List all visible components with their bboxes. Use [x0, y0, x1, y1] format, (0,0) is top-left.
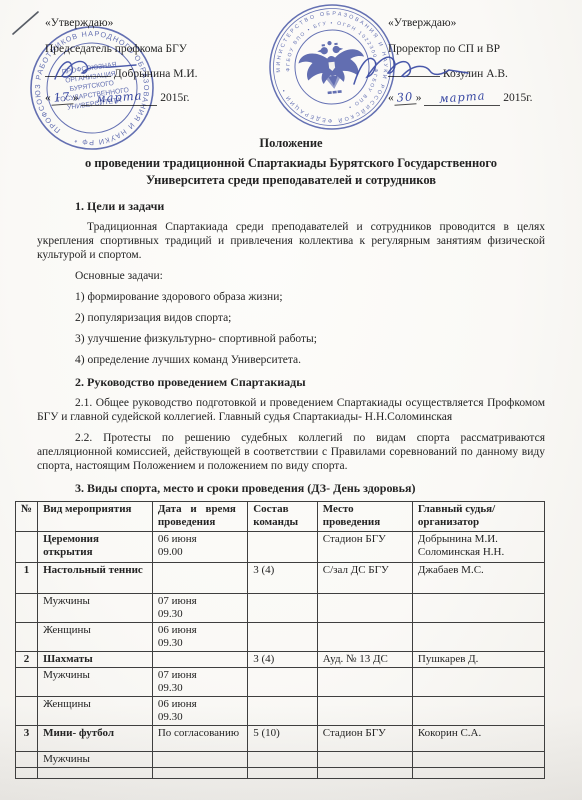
table-row: Церемония открытия06 июня 09.00Стадион Б… — [16, 532, 545, 563]
union-stamp: ПРОФСОЮЗ РАБОТНИКОВ НАРОДНОГО ОБРАЗОВАНИ… — [26, 22, 158, 154]
table-cell — [16, 532, 38, 563]
approval-year: 2015г. — [503, 92, 532, 104]
table-cell — [412, 623, 544, 652]
signature-line: Козулин А.В. — [388, 67, 568, 81]
table-cell — [152, 652, 247, 668]
table-cell — [16, 768, 38, 779]
table-cell: Стадион БГУ — [317, 726, 412, 752]
table-row: Мужчины07 июня 09.30 — [16, 668, 545, 697]
table-cell — [152, 563, 247, 594]
table-cell — [152, 768, 247, 779]
document-body: Положение о проведении традиционной Спар… — [37, 136, 545, 779]
table-cell: 3 — [16, 726, 38, 752]
task-item: 4) определение лучших команд Университет… — [75, 353, 545, 367]
section3-heading: 3. Виды спорта, место и сроки проведения… — [75, 481, 545, 495]
table-cell — [317, 623, 412, 652]
table-cell: 5 (10) — [248, 726, 318, 752]
col-header-number: № — [16, 502, 38, 532]
table-row: Женщины06 июня 09.30 — [16, 623, 545, 652]
table-cell — [16, 594, 38, 623]
table-cell: Женщины — [38, 623, 153, 652]
table-cell: Кокорин С.А. — [412, 726, 544, 752]
table-cell: С/зал ДС БГУ — [317, 563, 412, 594]
table-cell — [317, 752, 412, 768]
table-cell — [248, 668, 318, 697]
table-cell — [412, 768, 544, 779]
handwritten-month: марта — [439, 88, 486, 105]
approver-name: Козулин А.В. — [443, 68, 508, 80]
table-cell — [16, 668, 38, 697]
table-cell: Стадион БГУ — [317, 532, 412, 563]
table-cell: 3 (4) — [248, 652, 318, 668]
table-cell — [412, 668, 544, 697]
table-cell: Мужчины — [38, 594, 153, 623]
month-underline: марта — [424, 90, 500, 106]
table-cell: Шахматы — [38, 652, 153, 668]
table-cell: Пушкарев Д. — [412, 652, 544, 668]
task-item: 2) популяризация видов спорта; — [75, 311, 545, 325]
table-cell — [16, 623, 38, 652]
table-cell: Джабаев М.С. — [412, 563, 544, 594]
section1-paragraph: Традиционная Спартакиада среди преподава… — [37, 220, 545, 262]
schedule-table: № Вид мероприятия Дата и время проведени… — [15, 501, 545, 779]
table-header-row: № Вид мероприятия Дата и время проведени… — [16, 502, 545, 532]
table-cell: 06 июня 09.30 — [152, 697, 247, 726]
university-stamp: МИНИСТЕРСТВО ОБРАЗОВАНИЯ И НАУКИ РОССИЙС… — [265, 0, 399, 134]
task-item: 3) улучшение физкультурно- спортивной ра… — [75, 332, 545, 346]
document-title: Положение — [37, 136, 545, 150]
eagle-emblem — [296, 38, 367, 97]
col-header-venue: Место проведения — [317, 502, 412, 532]
section2-paragraph-1: 2.1. Общее руководство подготовкой и про… — [37, 396, 545, 424]
table-cell — [16, 752, 38, 768]
table-row: 2Шахматы3 (4)Ауд. № 13 ДСПушкарев Д. — [16, 652, 545, 668]
table-cell: 1 — [16, 563, 38, 594]
stamp-rings: ПРОФСОЮЗ РАБОТНИКОВ НАРОДНОГО ОБРАЗОВАНИ… — [26, 22, 158, 154]
table-cell — [248, 697, 318, 726]
section2-heading: 2. Руководство проведением Спартакиады — [75, 375, 545, 389]
table-cell: 07 июня 09.30 — [152, 594, 247, 623]
table-cell — [412, 697, 544, 726]
document-subtitle: о проведении традиционной Спартакиады Бу… — [51, 155, 531, 189]
table-cell — [317, 594, 412, 623]
col-header-datetime: Дата и время проведения — [152, 502, 247, 532]
table-cell — [248, 623, 318, 652]
table-cell: Мини- футбол — [38, 726, 153, 752]
table-cell — [152, 752, 247, 768]
table-cell: Добрынина М.И. Соломинская Н.Н. — [412, 532, 544, 563]
task-item: 1) формирование здорового образа жизни; — [75, 290, 545, 304]
quote-close: » — [416, 92, 422, 104]
table-row: 1Настольный теннис3 (4)С/зал ДС БГУДжаба… — [16, 563, 545, 594]
table-cell: 06 июня 09.00 — [152, 532, 247, 563]
table-cell: 2 — [16, 652, 38, 668]
col-header-team: Состав команды — [248, 502, 318, 532]
col-header-judge: Главный судья/организатор — [412, 502, 544, 532]
table-cell — [317, 768, 412, 779]
table-cell — [412, 594, 544, 623]
table-row: Мужчины — [16, 752, 545, 768]
approval-title: «Утверждаю» — [388, 16, 568, 30]
table-cell: 3 (4) — [248, 563, 318, 594]
table-row: Мужчины07 июня 09.30 — [16, 594, 545, 623]
section2-paragraph-2: 2.2. Протесты по решению судебных коллег… — [37, 431, 545, 473]
approval-year: 2015г. — [160, 92, 189, 104]
table-cell: По согласованию — [152, 726, 247, 752]
table-cell: 07 июня 09.30 — [152, 668, 247, 697]
table-cell: Ауд. № 13 ДС — [317, 652, 412, 668]
table-cell — [38, 768, 153, 779]
approval-block-right: «Утверждаю» Проректор по СП и ВР Козулин… — [388, 16, 568, 106]
table-cell — [248, 594, 318, 623]
table-cell — [248, 752, 318, 768]
stamp-rings: МИНИСТЕРСТВО ОБРАЗОВАНИЯ И НАУКИ РОССИЙС… — [265, 0, 399, 134]
approval-date: «30» марта 2015г. — [388, 90, 568, 106]
table-cell — [16, 697, 38, 726]
table-cell: Настольный теннис — [38, 563, 153, 594]
table-cell: Мужчины — [38, 752, 153, 768]
table-cell — [248, 768, 318, 779]
table-row: Женщины06 июня 09.30 — [16, 697, 545, 726]
table-cell — [412, 752, 544, 768]
table-cell: 06 июня 09.30 — [152, 623, 247, 652]
table-cell — [317, 697, 412, 726]
approver-role: Проректор по СП и ВР — [388, 42, 568, 56]
col-header-event: Вид мероприятия — [38, 502, 153, 532]
table-row: 3Мини- футболПо согласованию5 (10)Стадио… — [16, 726, 545, 752]
table-cell — [248, 532, 318, 563]
table-cell: Женщины — [38, 697, 153, 726]
section1-heading: 1. Цели и задачи — [75, 199, 545, 213]
schedule-table-body: Церемония открытия06 июня 09.00Стадион Б… — [16, 532, 545, 779]
table-cell: Мужчины — [38, 668, 153, 697]
tasks-label: Основные задачи: — [75, 269, 545, 283]
table-row — [16, 768, 545, 779]
table-cell — [317, 668, 412, 697]
table-cell: Церемония открытия — [38, 532, 153, 563]
scanned-document-page: «Утверждаю» Председатель профкома БГУ До… — [0, 0, 582, 800]
